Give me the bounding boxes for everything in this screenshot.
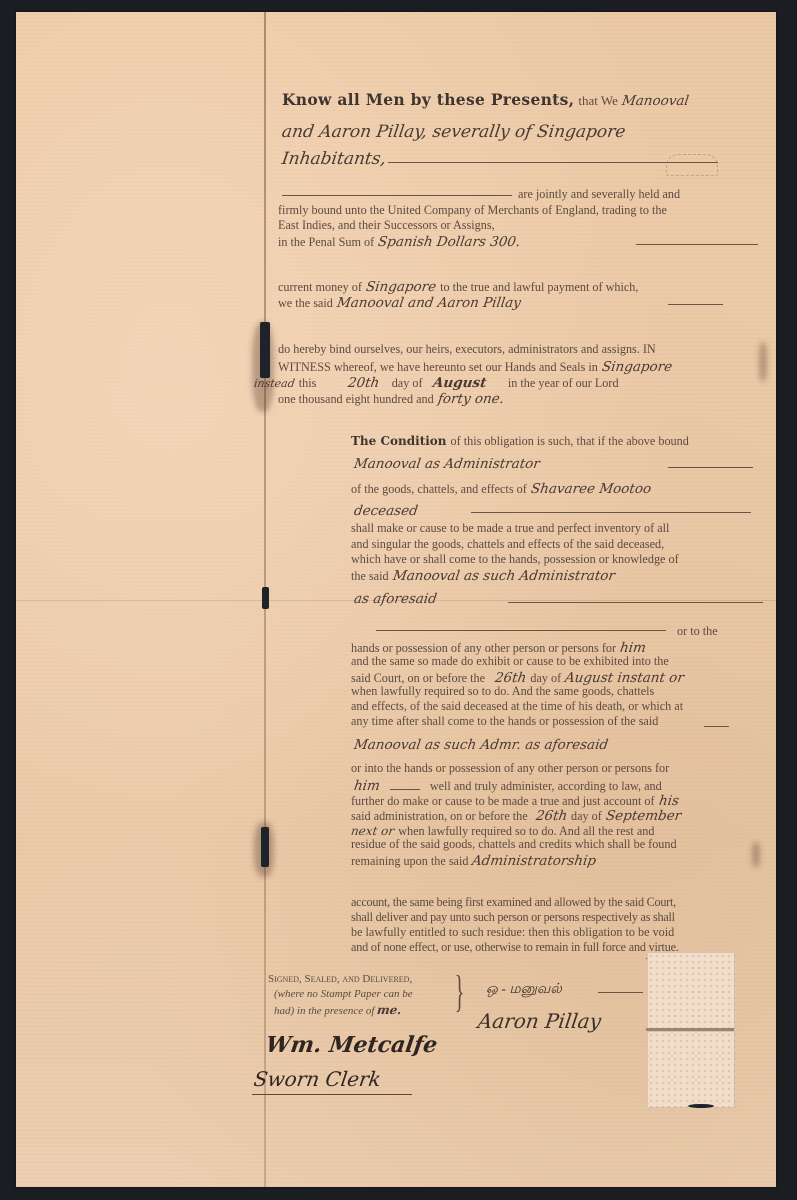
handwritten-day: 20th bbox=[347, 375, 381, 391]
fill-line bbox=[471, 512, 751, 513]
presence-line: had) in the presence of me. bbox=[274, 1003, 402, 1017]
fill-line bbox=[388, 162, 718, 163]
hand-line: and Aaron Pillay, severally of Singapore bbox=[282, 122, 625, 142]
handwritten-names: Manooval and Aaron Pillay bbox=[336, 295, 522, 311]
said-line: the said Manooval as such Administrator bbox=[351, 567, 615, 585]
print-text: in the Penal Sum of bbox=[278, 235, 374, 249]
print-text: that We bbox=[578, 93, 618, 108]
print-text: further do make or cause to be made a tr… bbox=[351, 794, 655, 808]
brace-symbol: } bbox=[455, 967, 465, 1017]
hand-line: as aforesaid bbox=[354, 590, 437, 608]
print-text: when lawfully required so to do. And the… bbox=[351, 684, 654, 700]
binding-tear bbox=[262, 587, 269, 609]
fill-line bbox=[704, 726, 729, 727]
print-text: hands or possession of any other person … bbox=[351, 641, 616, 655]
fill-line bbox=[668, 304, 723, 305]
print-text: we the said bbox=[278, 296, 333, 310]
signature-underline bbox=[252, 1094, 412, 1095]
print-text: current money of bbox=[278, 280, 362, 294]
handwritten-aforesaid: as aforesaid bbox=[353, 591, 438, 607]
print-text: and effects, of the said deceased at the… bbox=[351, 699, 683, 715]
fill-line bbox=[598, 992, 643, 993]
fill-line bbox=[282, 195, 512, 196]
said-line: we the said Manooval and Aaron Pillay bbox=[278, 294, 521, 312]
print-text: any time after shall come to the hands o… bbox=[351, 714, 658, 730]
hand-line: deceased bbox=[354, 502, 418, 520]
year-line: one thousand eight hundred and forty one… bbox=[278, 390, 504, 408]
document-heading: Know all Men by these Presents, bbox=[282, 90, 574, 109]
condition-heading: The Condition bbox=[351, 434, 447, 448]
fill-line bbox=[508, 602, 763, 603]
print-text: of the goods, chattels, and effects of bbox=[351, 482, 527, 496]
handwritten-name: Manooval bbox=[621, 93, 690, 109]
print-text: when lawfully required so to do. And all… bbox=[398, 824, 654, 838]
print-text: WITNESS whereof, we have hereunto set ou… bbox=[278, 360, 598, 374]
print-text: had) in the presence of bbox=[274, 1005, 374, 1017]
print-text: day of bbox=[392, 376, 423, 390]
embossed-ship-mark bbox=[666, 154, 718, 176]
ink-stain bbox=[752, 842, 760, 867]
condition-line: The Condition of this obligation is such… bbox=[351, 432, 689, 450]
handwritten-administratorship: Administratorship bbox=[471, 853, 597, 869]
print-text: one thousand eight hundred and bbox=[278, 392, 434, 406]
print-text: the said bbox=[351, 569, 389, 583]
hand-line: Manooval as Administrator bbox=[354, 455, 540, 473]
handwritten-deceased-name: Shavaree Mootoo bbox=[530, 481, 652, 497]
print-text: and of none effect, or use, otherwise to… bbox=[351, 940, 679, 956]
handwritten-administrator: Manooval as such Administrator bbox=[391, 568, 615, 584]
print-text: residue of the said goods, chattels and … bbox=[351, 837, 677, 853]
print-text: do hereby bind ourselves, our heirs, exe… bbox=[278, 342, 656, 358]
hand-line: Inhabitants, bbox=[282, 149, 386, 169]
binding-tear bbox=[260, 322, 270, 378]
signature-aaron-pillay: Aaron Pillay bbox=[476, 1009, 602, 1033]
print-text: and singular the goods, chattels and eff… bbox=[351, 537, 664, 553]
handwritten-deceased: deceased bbox=[353, 503, 419, 519]
print-text: this bbox=[299, 376, 317, 390]
handwritten-month: August bbox=[431, 375, 487, 391]
handwritten-names: and Aaron Pillay, severally of Singapore bbox=[281, 122, 627, 142]
goods-line: of the goods, chattels, and effects of S… bbox=[351, 480, 651, 498]
print-text: firmly bound unto the United Company of … bbox=[278, 203, 667, 219]
print-text: of this obligation is such, that if the … bbox=[451, 434, 689, 448]
print-text: well and truly administer, according to … bbox=[430, 779, 662, 793]
print-text: which have or shall come to the hands, p… bbox=[351, 552, 679, 568]
embossed-stamp-bottom bbox=[647, 1031, 735, 1108]
handwritten-place: Singapore bbox=[601, 359, 673, 375]
handwritten-next: next or bbox=[350, 824, 395, 838]
handwritten-inhabitants: Inhabitants, bbox=[281, 149, 388, 169]
handwritten-administrator: Manooval as such Admr. as aforesaid bbox=[353, 737, 609, 753]
fill-line bbox=[668, 467, 753, 468]
print-text: shall make or cause to be made a true an… bbox=[351, 521, 669, 537]
print-text: or to the bbox=[677, 624, 718, 640]
print-text: remaining upon the said bbox=[351, 854, 468, 868]
print-text: be lawfully entitled to such residue: th… bbox=[351, 925, 674, 941]
penal-sum-line: in the Penal Sum of Spanish Dollars 300. bbox=[278, 233, 520, 251]
witness-title: Sworn Clerk bbox=[252, 1067, 382, 1091]
hand-line: Manooval as such Admr. as aforesaid bbox=[354, 736, 608, 754]
heading-line: Know all Men by these Presents, that We … bbox=[282, 90, 689, 110]
ink-stain bbox=[759, 342, 767, 382]
witness-title-line: Sworn Clerk bbox=[254, 1067, 381, 1091]
print-text: (where no Stampt Paper can be bbox=[274, 988, 413, 1000]
witness-signature: Wm. Metcalfe bbox=[264, 1032, 439, 1058]
binding-tear bbox=[261, 827, 269, 867]
document-sheet: Know all Men by these Presents, that We … bbox=[16, 12, 776, 1187]
print-text: day of bbox=[571, 809, 602, 823]
print-text: to the true and lawful payment of which, bbox=[440, 280, 638, 294]
print-text: said administration, on or before the bbox=[351, 809, 528, 823]
remaining-line: remaining upon the said Administratorshi… bbox=[351, 852, 596, 870]
wax-seal-remnant bbox=[688, 1104, 714, 1108]
print-text: are jointly and severally held and bbox=[518, 187, 680, 203]
witness-signature-line: Wm. Metcalfe bbox=[266, 1032, 437, 1058]
handwritten-me: me. bbox=[376, 1003, 402, 1017]
print-text: account, the same being first examined a… bbox=[351, 895, 676, 911]
fill-line bbox=[390, 789, 420, 790]
signature-1: ஒ - மனுவல் bbox=[486, 982, 562, 999]
handwritten-administrator: Manooval as Administrator bbox=[353, 456, 541, 472]
signature-2-line: Aaron Pillay bbox=[478, 1009, 601, 1033]
signed-sealed-label: Signed, Sealed, and Delivered, bbox=[268, 973, 412, 985]
embossed-stamp-top bbox=[647, 952, 735, 1030]
handwritten-year: forty one. bbox=[437, 391, 505, 407]
print-text: and the same so made do exhibit or cause… bbox=[351, 654, 669, 670]
print-text: in the year of our Lord bbox=[508, 376, 619, 390]
handwritten-place: Singapore bbox=[365, 279, 437, 295]
print-text: Signed, Sealed, and Delivered, bbox=[268, 973, 412, 985]
print-text: said Court, on or before the bbox=[351, 671, 485, 685]
print-text: shall deliver and pay unto such person o… bbox=[351, 910, 675, 926]
print-text: East Indies, and their Successors or Ass… bbox=[278, 218, 495, 234]
print-text: day of bbox=[530, 671, 561, 685]
handwritten-penal-sum: Spanish Dollars 300. bbox=[377, 234, 521, 250]
fill-line bbox=[636, 244, 758, 245]
print-text: or into the hands or possession of any o… bbox=[351, 761, 669, 777]
fill-line bbox=[376, 630, 666, 631]
handwritten-word: instead bbox=[253, 377, 296, 390]
